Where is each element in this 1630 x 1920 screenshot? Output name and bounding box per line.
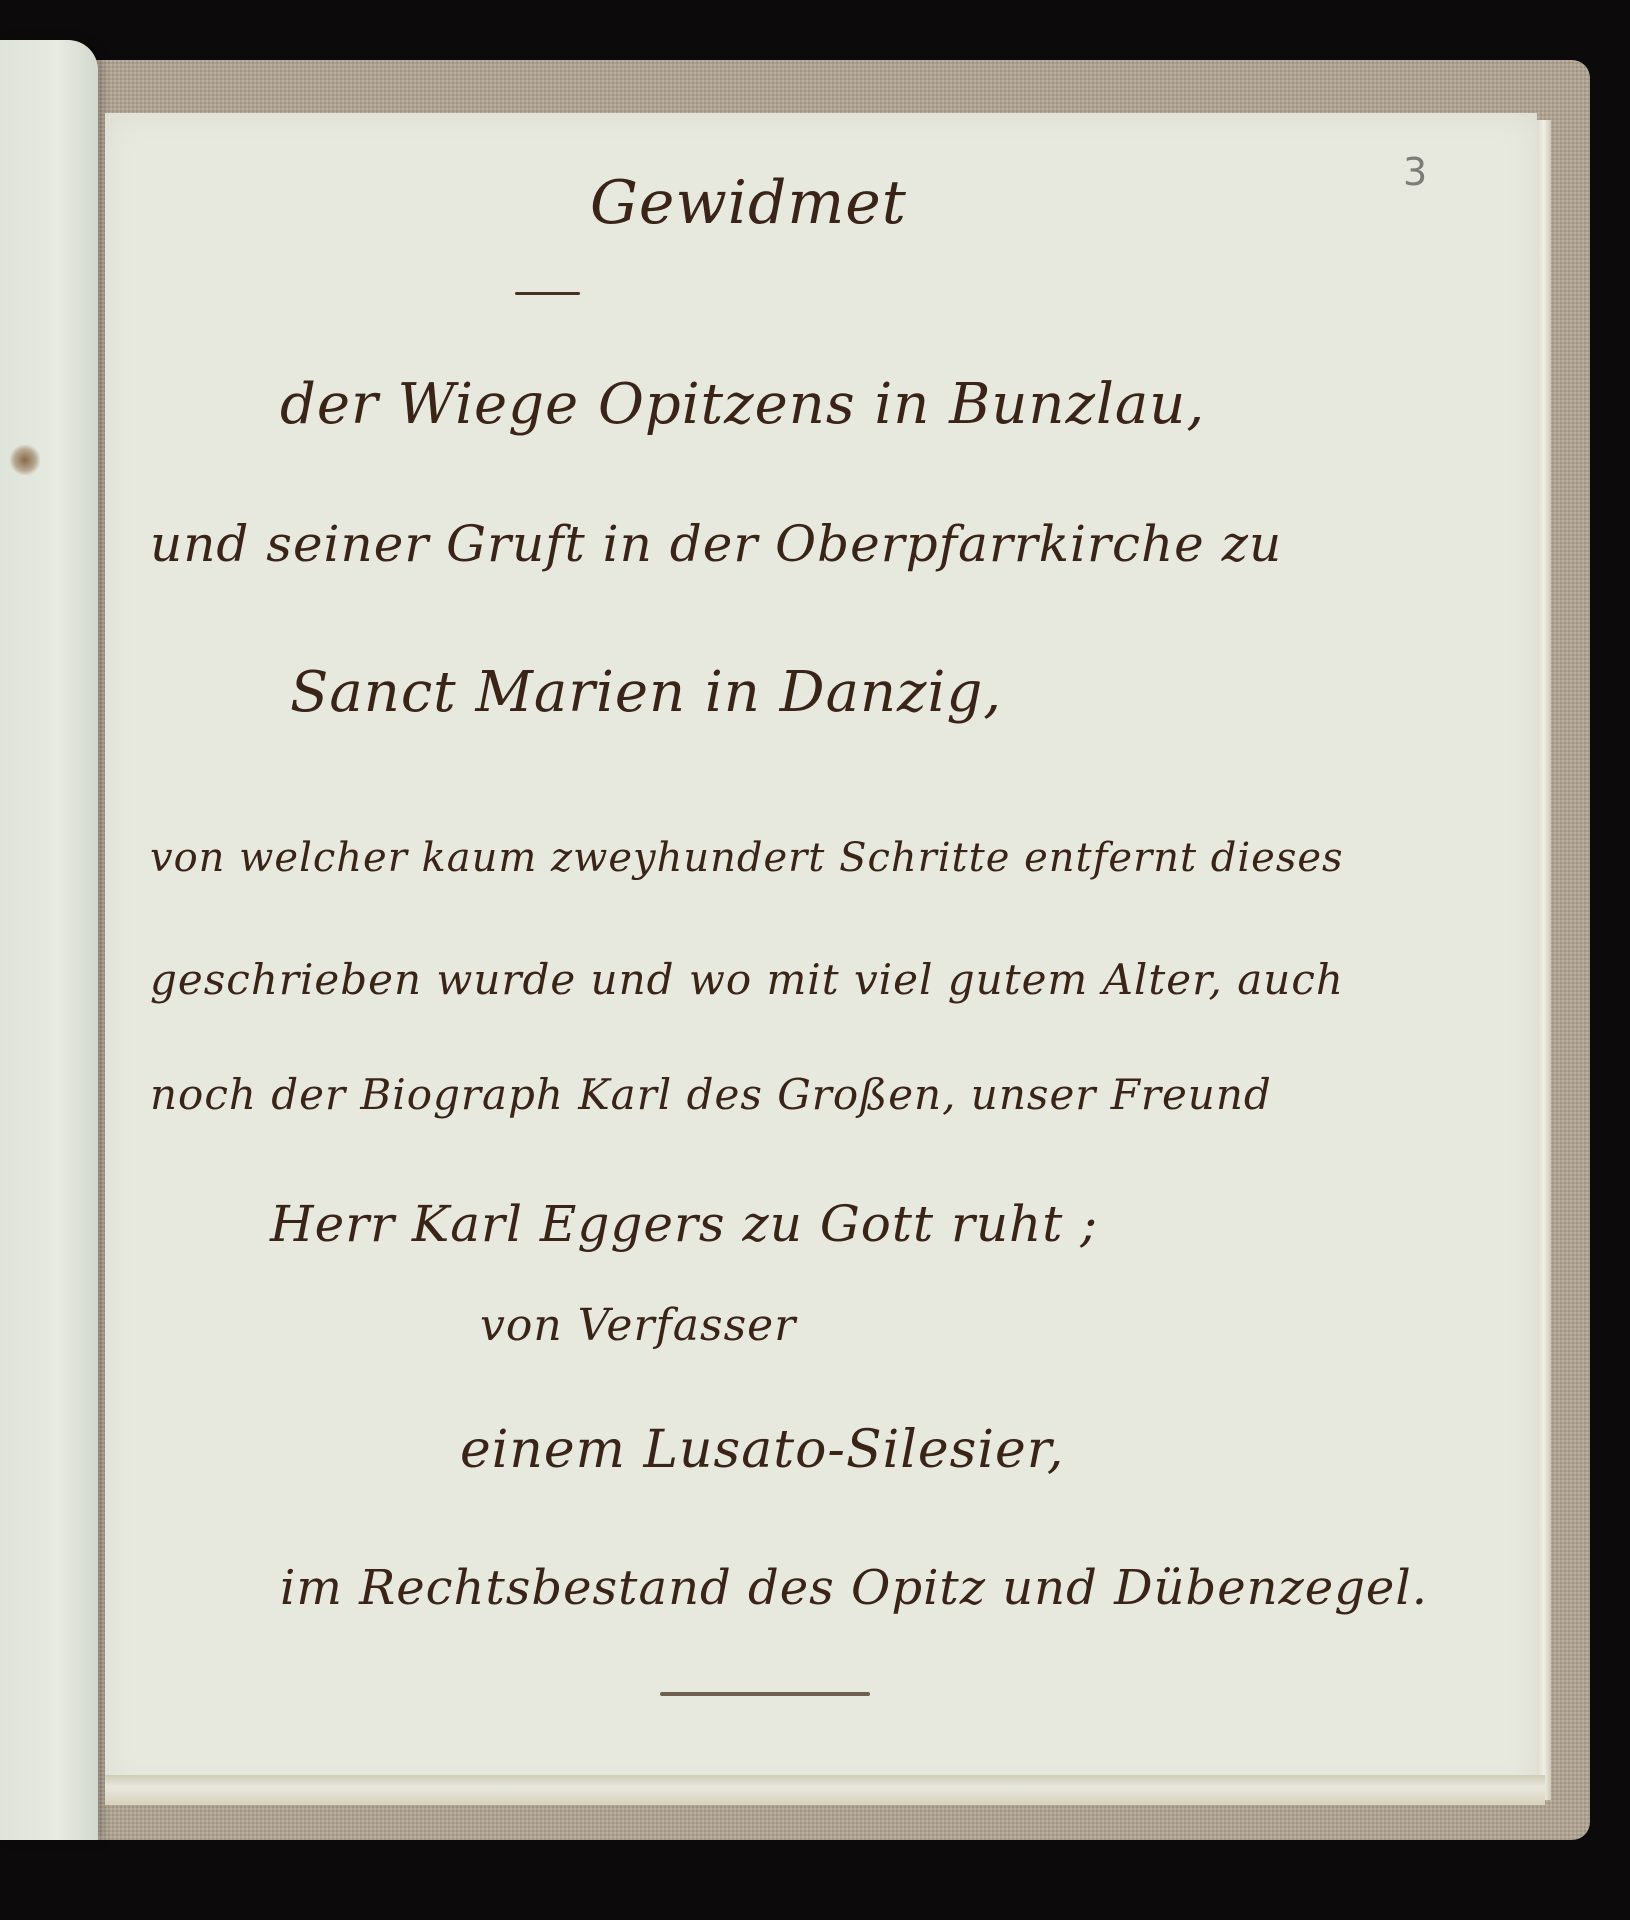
- manuscript-page: [105, 113, 1537, 1793]
- heading-underline: [515, 292, 580, 295]
- line-3: Sanct Marien in Danzig,: [290, 660, 1002, 725]
- closing-flourish: [660, 1692, 870, 1696]
- line-6: noch der Biograph Karl des Großen, unser…: [150, 1070, 1272, 1119]
- ink-stain: [10, 445, 40, 475]
- line-7: Herr Karl Eggers zu Gott ruht ;: [270, 1195, 1098, 1253]
- line-2: und seiner Gruft in der Oberpfarrkirche …: [150, 515, 1282, 573]
- page-bottom-edge: [105, 1775, 1545, 1805]
- line-1: der Wiege Opitzens in Bunzlau,: [280, 372, 1205, 437]
- line-10: im Rechtsbestand des Opitz und Dübenzege…: [280, 1560, 1428, 1616]
- line-9: einem Lusato-Silesier,: [460, 1420, 1064, 1480]
- heading: Gewidmet: [590, 168, 907, 238]
- line-8: von Verfasser: [480, 1300, 796, 1351]
- line-5: geschrieben wurde und wo mit viel gutem …: [150, 955, 1344, 1004]
- page-fore-edge: [1537, 120, 1551, 1800]
- line-4: von welcher kaum zweyhundert Schritte en…: [150, 835, 1344, 881]
- left-page-edge: [0, 40, 98, 1840]
- folio-number: 3: [1403, 150, 1427, 194]
